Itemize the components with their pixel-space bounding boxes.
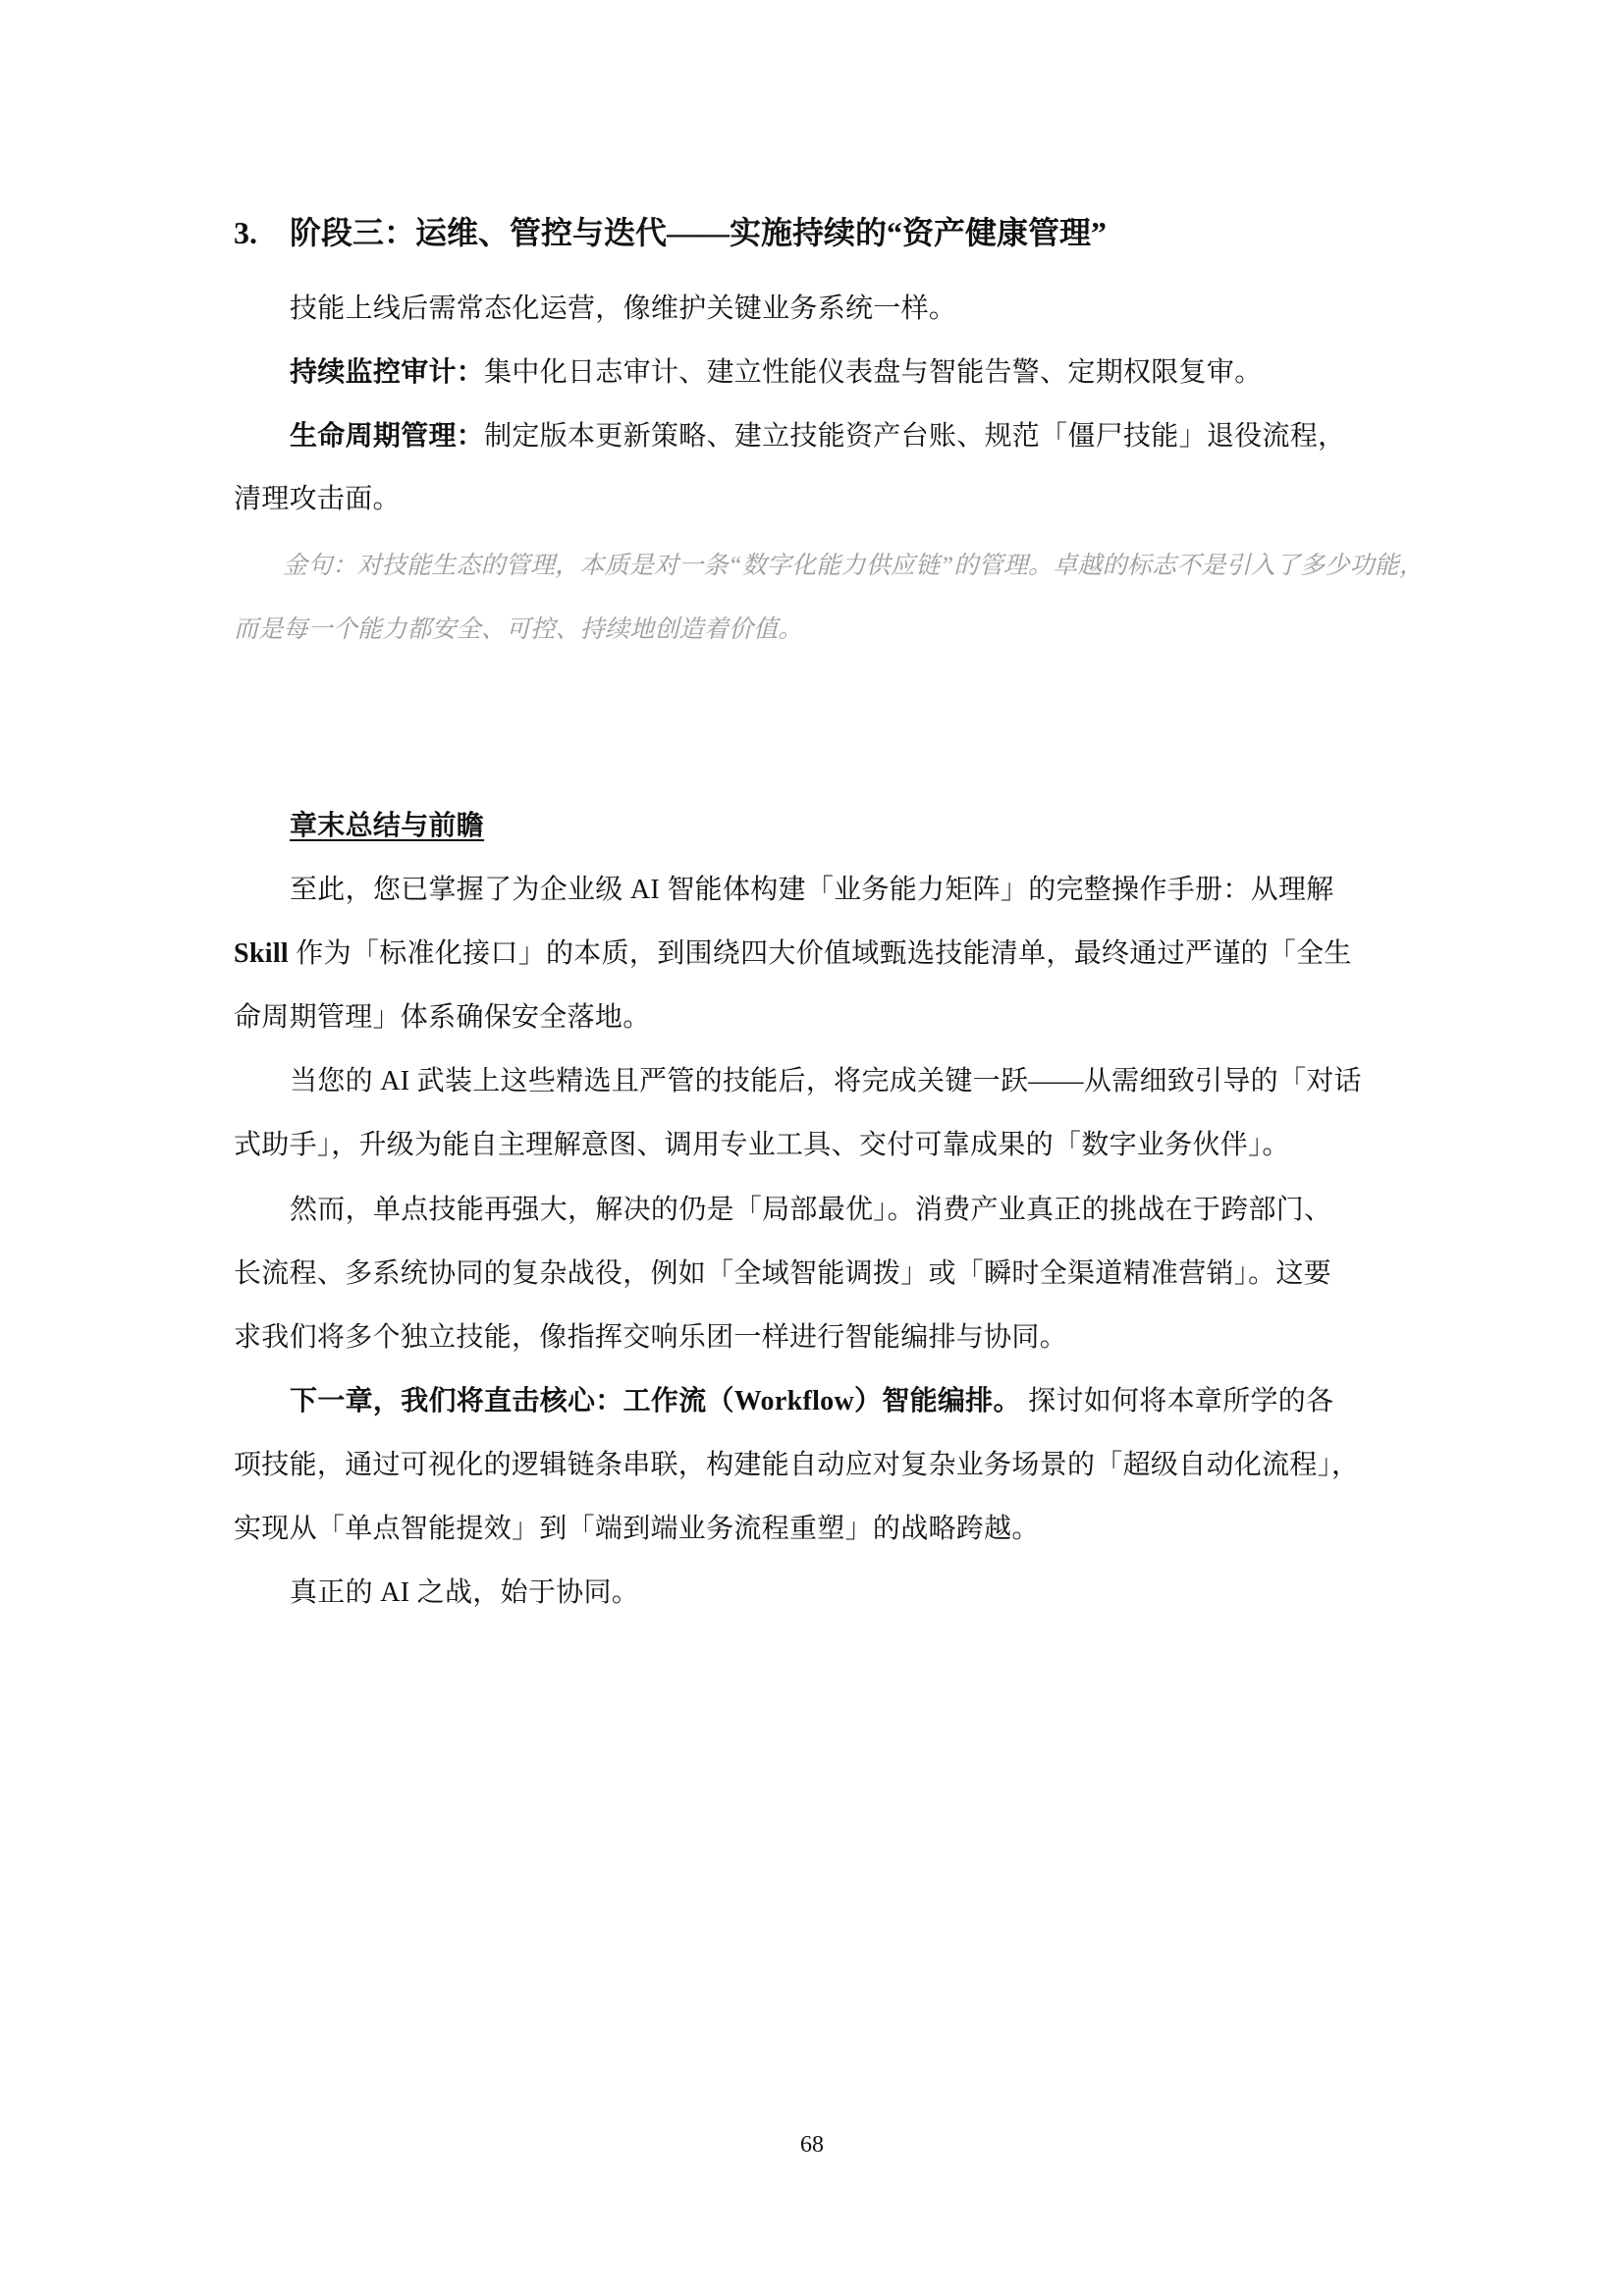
summary-p1-line-2: Skill 作为「标准化接口」的本质，到围绕四大价值域甄选技能清单，最终通过严谨… bbox=[234, 937, 1352, 971]
page-number: 68 bbox=[0, 2132, 1624, 2159]
summary-p4-line-1: 下一章，我们将直击核心：工作流（Workflow）智能编排。 探讨如何将本章所学… bbox=[290, 1385, 1333, 1418]
golden-quote-line-1: 金句：对技能生态的管理，本质是对一条“数字化能力供应链”的管理。卓越的标志不是引… bbox=[283, 550, 1424, 583]
item-text: 集中化日志审计、建立性能仪表盘与智能告警、定期权限复审。 bbox=[484, 357, 1262, 388]
item-monitoring: 持续监控审计：集中化日志审计、建立性能仪表盘与智能告警、定期权限复审。 bbox=[290, 356, 1263, 390]
section-intro: 技能上线后需常态化运营，像维护关键业务系统一样。 bbox=[290, 293, 956, 326]
item-label: 持续监控审计： bbox=[290, 357, 484, 388]
skill-term: Skill bbox=[234, 938, 289, 969]
golden-quote-line-2: 而是每一个能力都安全、可控、持续地创造着价值。 bbox=[234, 614, 803, 647]
summary-p2-line-2: 式助手」，升级为能自主理解意图、调用专业工具、交付可靠成果的「数字业务伙伴」。 bbox=[234, 1129, 1290, 1162]
summary-heading: 章末总结与前瞻 bbox=[290, 810, 484, 843]
section-title: 阶段三：运维、管控与迭代——实施持续的“资产健康管理” bbox=[290, 215, 1107, 250]
summary-p1-line-3: 命周期管理」体系确保安全落地。 bbox=[234, 1001, 651, 1035]
summary-p3-line-2: 长流程、多系统协同的复杂战役，例如「全域智能调拨」或「瞬时全渠道精准营销」。这要 bbox=[234, 1257, 1331, 1291]
summary-p3-line-3: 求我们将多个独立技能，像指挥交响乐团一样进行智能编排与协同。 bbox=[234, 1321, 1067, 1355]
summary-closing: 真正的 AI 之战，始于协同。 bbox=[290, 1576, 639, 1610]
next-chapter-callout: 下一章，我们将直击核心：工作流（Workflow）智能编排。 bbox=[290, 1386, 1021, 1416]
item-lifecycle-cont: 清理攻击面。 bbox=[234, 483, 401, 516]
item-label: 生命周期管理： bbox=[290, 421, 484, 452]
summary-p4-line-2: 项技能，通过可视化的逻辑链条串联，构建能自动应对复杂业务场景的「超级自动化流程」… bbox=[234, 1449, 1359, 1482]
summary-p3-line-1: 然而，单点技能再强大，解决的仍是「局部最优」。消费产业真正的挑战在于跨部门、 bbox=[290, 1194, 1331, 1227]
section-number: 3. bbox=[234, 213, 290, 252]
document-page: 3.阶段三：运维、管控与迭代——实施持续的“资产健康管理” 技能上线后需常态化运… bbox=[0, 0, 1624, 2296]
item-text: 制定版本更新策略、建立技能资产台账、规范「僵尸技能」退役流程， bbox=[484, 421, 1345, 452]
summary-p4-line-3: 实现从「单点智能提效」到「端到端业务流程重塑」的战略跨越。 bbox=[234, 1513, 1040, 1546]
summary-p1-line-1: 至此，您已掌握了为企业级 AI 智能体构建「业务能力矩阵」的完整操作手册：从理解 bbox=[290, 874, 1334, 907]
summary-p2-line-1: 当您的 AI 武装上这些精选且严管的技能后，将完成关键一跃——从需细致引导的「对… bbox=[290, 1065, 1362, 1098]
section-heading: 3.阶段三：运维、管控与迭代——实施持续的“资产健康管理” bbox=[234, 213, 1107, 252]
item-lifecycle: 生命周期管理：制定版本更新策略、建立技能资产台账、规范「僵尸技能」退役流程， bbox=[290, 420, 1345, 454]
